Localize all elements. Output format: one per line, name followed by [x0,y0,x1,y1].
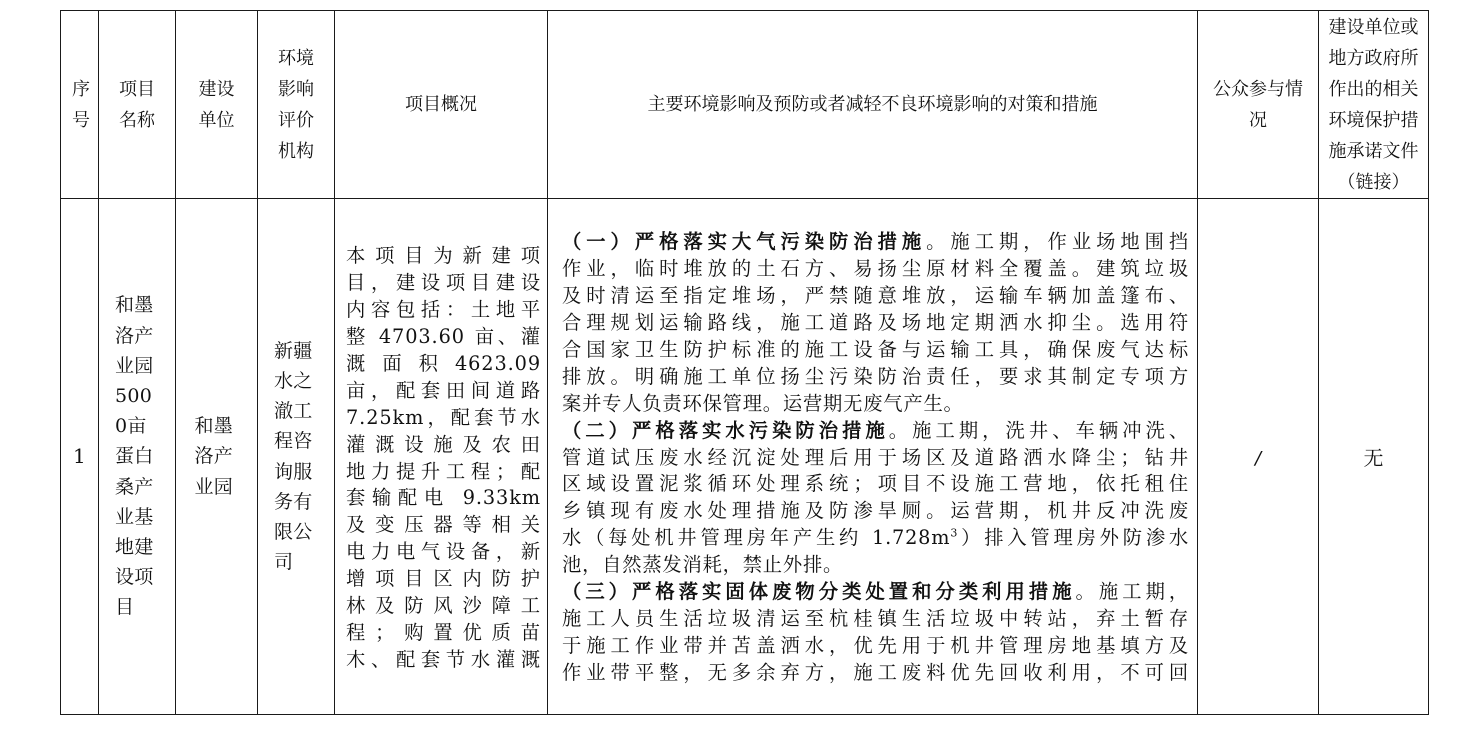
header-eia-org: 环境 影响 评价 机构 [258,11,335,199]
project-name-value: 和墨洛产业园5000亩蛋白桑产业基地建设项目 [115,290,159,622]
cell-builder: 和墨洛产业园 [176,199,258,715]
measures-line: 作业，临时堆放的土石方、易扬尘原材料全覆盖。建筑垃圾 [562,256,1189,283]
header-public-line: 公众参与情 [1213,79,1303,100]
superscript: 3 [950,527,958,540]
overview-line: 内容包括：土地平 [346,297,541,324]
measures-text: 。施工期，作业场地围挡 [926,230,1189,253]
header-commitment-docs: 建设单位或 地方政府所 作出的相关 环境保护措 施承诺文件 （链接） [1319,11,1429,199]
cell-overview: 本项目为新建项 目，建设项目建设 内容包括：土地平 整 4703.60 亩、灌 … [335,199,548,715]
cell-project-name: 和墨洛产业园5000亩蛋白桑产业基地建设项目 [99,199,176,715]
header-eia-org-line: 影响 [278,79,314,100]
overview-line: 木、配套节水灌溉 [346,647,541,674]
header-commit-line: 建设单位或 [1329,17,1419,38]
overview-line: 本项目为新建项 [346,243,541,270]
measures-line: 池，自然蒸发消耗，禁止外排。 [562,552,1189,579]
measures-line: 区域设置泥浆循环处理系统；项目不设施工营地，依托租住 [562,471,1189,498]
header-builder-line: 单位 [199,110,235,131]
measures-line: 水（每处机井管理房年产生约 1.728m3）排入管理房外防渗水 [562,525,1189,552]
header-eia-org-line: 评价 [278,110,314,131]
header-commit-line: 地方政府所 [1329,48,1419,69]
measures-line: 作业带平整，无多余弃方，施工废料优先回收利用，不可回 [562,660,1189,687]
measures-line: （三）严格落实固体废物分类处置和分类利用措施。施工期， [562,579,1189,606]
cell-measures: （一）严格落实大气污染防治措施。施工期，作业场地围挡 作业，临时堆放的土石方、易… [548,199,1198,715]
header-project-name: 项目 名称 [99,11,176,199]
measures-line: 施工人员生活垃圾清运至杭桂镇生活垃圾中转站，弃土暂存 [562,606,1189,633]
header-public-line: 况 [1249,110,1267,131]
seq-value: 1 [73,441,86,471]
overview-line: 增项目区内防护 [346,566,541,593]
header-commit-line: 作出的相关 [1329,79,1419,100]
measures-line: 案并专人负责环保管理。运营期无废气产生。 [562,391,1189,418]
header-seq-line: 序 [72,79,90,100]
overview-line: 整 4703.60 亩、灌 [346,324,541,351]
overview-line: 林及防风沙障工 [346,593,541,620]
header-row: 序 号 项目 名称 建设 单位 环境 影响 评价 [61,11,1429,199]
header-builder: 建设 单位 [176,11,258,199]
commitment-docs-value: 无 [1364,446,1384,470]
header-public-participation: 公众参与情 况 [1198,11,1319,199]
builder-value: 和墨洛产业园 [195,411,239,502]
section-title-solid-waste: （三）严格落实固体废物分类处置和分类利用措施 [562,580,1076,603]
cell-public-participation: / [1198,199,1319,715]
overview-line: 目，建设项目建设 [346,270,541,297]
header-project-name-line: 名称 [119,110,155,131]
eia-org-value: 新疆水之澈工程咨询服务有限公司 [274,336,318,578]
eia-disclosure-table: 序 号 项目 名称 建设 单位 环境 影响 评价 [60,10,1429,715]
measures-text: ）排入管理房外防渗水 [958,526,1189,549]
overview-line: 亩，配套田间道路 [346,378,541,405]
header-eia-org-line: 机构 [278,141,314,162]
header-seq-line: 号 [72,110,90,131]
overview-line: 灌溉设施及农田 [346,432,541,459]
measures-line: （一）严格落实大气污染防治措施。施工期，作业场地围挡 [562,229,1189,256]
cell-commitment-docs: 无 [1319,199,1429,715]
cell-seq: 1 [61,199,99,715]
overview-line: 溉 面 积 4623.09 [346,351,541,378]
header-commit-line: 环境保护措 [1329,110,1419,131]
measures-text: 。施工期， [1076,580,1189,603]
cell-eia-org: 新疆水之澈工程咨询服务有限公司 [258,199,335,715]
overview-line: 程；购置优质苗 [346,620,541,647]
measures-text: 水（每处机井管理房年产生约 1.728m [562,526,950,549]
measures-line: 于施工作业带并苫盖洒水，优先用于机井管理房地基填方及 [562,633,1189,660]
header-measures: 主要环境影响及预防或者减轻不良环境影响的对策和措施 [548,11,1198,199]
public-participation-value: / [1255,448,1261,469]
overview-line: 地力提升工程；配 [346,459,541,486]
overview-line: 套输配电 9.33km [346,485,541,512]
measures-line: 及时清运至指定堆场，严禁随意堆放，运输车辆加盖篷布、 [562,283,1189,310]
section-title-air: （一）严格落实大气污染防治措施 [562,230,926,253]
header-seq: 序 号 [61,11,99,199]
overview-line: 电力电气设备，新 [346,539,541,566]
measures-line: 合国家卫生防护标准的施工设备与运输工具，确保废气达标 [562,337,1189,364]
overview-line: 及变压器等相关 [346,512,541,539]
header-project-name-line: 项目 [119,79,155,100]
measures-text: 。施工期，洗井、车辆冲洗、 [889,419,1189,442]
measures-line: 管道试压废水经沉淀处理后用于场区及道路洒水降尘；钻井 [562,445,1189,472]
overview-line: 7.25km，配套节水 [346,405,541,432]
measures-line: 排放。明确施工单位扬尘污染防治责任，要求其制定专项方 [562,364,1189,391]
header-eia-org-line: 环境 [278,48,314,69]
measures-line: 乡镇现有废水处理措施及防渗旱厕。运营期，机井反冲洗废 [562,498,1189,525]
measures-line: （二）严格落实水污染防治措施。施工期，洗井、车辆冲洗、 [562,418,1189,445]
header-builder-line: 建设 [199,79,235,100]
overview-text: 本项目为新建项 目，建设项目建设 内容包括：土地平 整 4703.60 亩、灌 … [346,243,541,674]
table-row: 1 和墨洛产业园5000亩蛋白桑产业基地建设项目 和墨洛产业园 新疆水之澈工程咨… [61,199,1429,715]
measures-line: 合理规划运输路线，施工道路及场地定期洒水抑尘。选用符 [562,310,1189,337]
section-title-water: （二）严格落实水污染防治措施 [562,419,889,442]
header-commit-line: （链接） [1338,172,1410,193]
header-commit-line: 施承诺文件 [1329,141,1419,162]
header-overview: 项目概况 [335,11,548,199]
